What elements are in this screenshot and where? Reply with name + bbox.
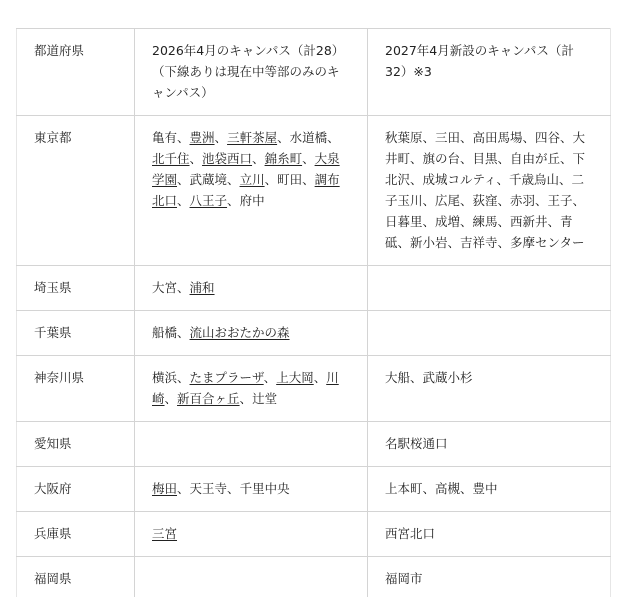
prefecture-cell: 埼玉県 xyxy=(17,266,135,311)
campus-name: 錦糸町 xyxy=(265,151,303,166)
separator: 、 xyxy=(177,193,190,208)
separator: 、 xyxy=(314,370,327,385)
campus-name: 三宮 xyxy=(152,526,177,541)
prefecture-cell: 兵庫県 xyxy=(17,512,135,557)
prefecture-cell: 福岡県 xyxy=(17,557,135,597)
new-campuses-cell: 秋葉原、三田、高田馬場、四谷、大井町、旗の台、目黒、自由が丘、下北沢、成城コルテ… xyxy=(368,116,611,266)
campus-name: 梅田 xyxy=(152,481,177,496)
campus-name: 千里中央 xyxy=(240,481,290,496)
campus-name: 船橋 xyxy=(152,325,177,340)
separator: 、 xyxy=(227,172,240,187)
current-campuses-cell: 横浜、たまプラーザ、上大岡、川崎、新百合ヶ丘、辻堂 xyxy=(135,356,368,422)
new-campuses-cell: 名駅桜通口 xyxy=(368,422,611,467)
current-campuses-cell: 三宮 xyxy=(135,512,368,557)
campus-name: 辻堂 xyxy=(252,391,277,406)
new-campuses-cell xyxy=(368,266,611,311)
current-campuses-cell: 梅田、天王寺、千里中央 xyxy=(135,467,368,512)
current-campuses-cell: 大宮、浦和 xyxy=(135,266,368,311)
separator: 、 xyxy=(190,151,203,166)
separator: 、 xyxy=(327,130,340,145)
header-new-campuses: 2027年4月新設のキャンパス（計32）※3 xyxy=(368,29,611,116)
campus-name: 立川 xyxy=(240,172,265,187)
table-row: 福岡県 福岡市 xyxy=(17,557,611,597)
campus-name: 池袋西口 xyxy=(202,151,252,166)
prefecture-cell: 神奈川県 xyxy=(17,356,135,422)
campus-name: 亀有 xyxy=(152,130,177,145)
new-campuses-cell: 大船、武蔵小杉 xyxy=(368,356,611,422)
campus-name: 町田 xyxy=(277,172,302,187)
campus-name: 豊洲 xyxy=(190,130,215,145)
table-header-row: 都道府県 2026年4月のキャンパス（計28）（下線ありは現在中等部のみのキャン… xyxy=(17,29,611,116)
campus-name: 三軒茶屋 xyxy=(227,130,277,145)
separator: 、 xyxy=(215,130,228,145)
table-row: 埼玉県 大宮、浦和 xyxy=(17,266,611,311)
campus-name: 天王寺 xyxy=(190,481,228,496)
header-current-campuses: 2026年4月のキャンパス（計28）（下線ありは現在中等部のみのキャンパス） xyxy=(135,29,368,116)
separator: 、 xyxy=(264,370,277,385)
campus-table: 都道府県 2026年4月のキャンパス（計28）（下線ありは現在中等部のみのキャン… xyxy=(16,28,611,597)
separator: 、 xyxy=(302,172,315,187)
separator: 、 xyxy=(177,130,190,145)
campus-name: 新百合ヶ丘 xyxy=(177,391,240,406)
separator: 、 xyxy=(177,325,190,340)
campus-name: たまプラーザ xyxy=(190,370,264,385)
campus-name: 北千住 xyxy=(152,151,190,166)
prefecture-cell: 大阪府 xyxy=(17,467,135,512)
new-campuses-cell: 福岡市 xyxy=(368,557,611,597)
separator: 、 xyxy=(177,280,190,295)
separator: 、 xyxy=(177,370,190,385)
separator: 、 xyxy=(177,481,190,496)
current-campuses-cell xyxy=(135,557,368,597)
table-row: 東京都 亀有、豊洲、三軒茶屋、水道橋、北千住、池袋西口、錦糸町、大泉学園、武蔵境… xyxy=(17,116,611,266)
prefecture-cell: 千葉県 xyxy=(17,311,135,356)
current-campuses-cell: 亀有、豊洲、三軒茶屋、水道橋、北千住、池袋西口、錦糸町、大泉学園、武蔵境、立川、… xyxy=(135,116,368,266)
current-campuses-cell: 船橋、流山おおたかの森 xyxy=(135,311,368,356)
table-row: 愛知県 名駅桜通口 xyxy=(17,422,611,467)
separator: 、 xyxy=(227,481,240,496)
new-campuses-cell: 上本町、高槻、豊中 xyxy=(368,467,611,512)
separator: 、 xyxy=(240,391,253,406)
campus-name: 府中 xyxy=(240,193,265,208)
table-row: 兵庫県 三宮 西宮北口 xyxy=(17,512,611,557)
campus-name: 八王子 xyxy=(190,193,228,208)
campus-name: 水道橋 xyxy=(290,130,328,145)
separator: 、 xyxy=(265,172,278,187)
campus-name: 流山おおたかの森 xyxy=(190,325,290,340)
table-row: 大阪府 梅田、天王寺、千里中央 上本町、高槻、豊中 xyxy=(17,467,611,512)
campus-name: 大宮 xyxy=(152,280,177,295)
current-campuses-cell xyxy=(135,422,368,467)
new-campuses-cell: 西宮北口 xyxy=(368,512,611,557)
separator: 、 xyxy=(252,151,265,166)
campus-name: 浦和 xyxy=(190,280,215,295)
prefecture-cell: 東京都 xyxy=(17,116,135,266)
separator: 、 xyxy=(165,391,178,406)
table-row: 神奈川県 横浜、たまプラーザ、上大岡、川崎、新百合ヶ丘、辻堂 大船、武蔵小杉 xyxy=(17,356,611,422)
campus-name: 上大岡 xyxy=(276,370,314,385)
separator: 、 xyxy=(302,151,315,166)
new-campuses-cell xyxy=(368,311,611,356)
table-row: 千葉県 船橋、流山おおたかの森 xyxy=(17,311,611,356)
campus-name: 横浜 xyxy=(152,370,177,385)
prefecture-cell: 愛知県 xyxy=(17,422,135,467)
separator: 、 xyxy=(277,130,290,145)
separator: 、 xyxy=(177,172,190,187)
separator: 、 xyxy=(227,193,240,208)
campus-name: 武蔵境 xyxy=(190,172,228,187)
header-prefecture: 都道府県 xyxy=(17,29,135,116)
